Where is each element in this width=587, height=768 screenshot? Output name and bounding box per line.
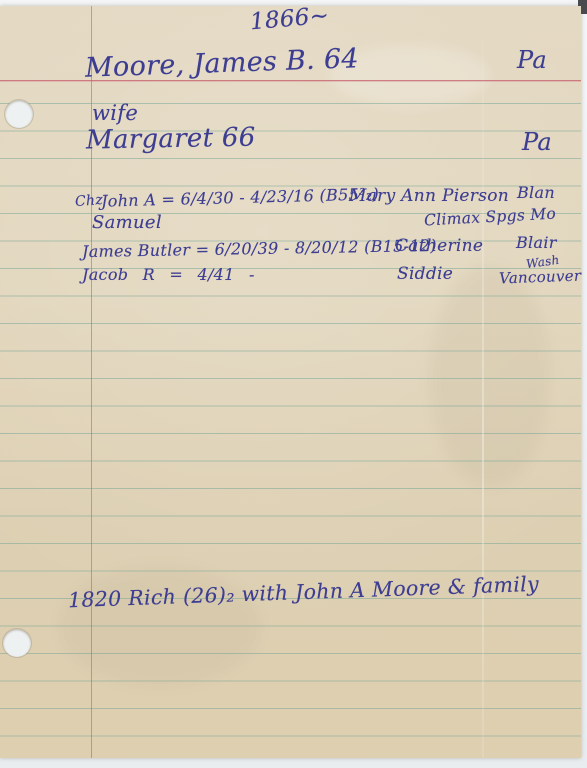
child-spouse-james-butler: Catherine bbox=[395, 236, 483, 256]
head-of-family-origin: Pa bbox=[517, 46, 547, 74]
child-place-jacob: Vancouver bbox=[499, 267, 582, 288]
punch-hole-bottom bbox=[3, 629, 31, 657]
child-place-john: Blan bbox=[517, 183, 555, 202]
spouse-origin: Pa bbox=[522, 128, 552, 156]
children-label: Chz bbox=[74, 192, 103, 210]
child-spouse-jacob: Siddie bbox=[397, 264, 453, 284]
ledger-page bbox=[0, 6, 581, 758]
child-entry-jacob: Jacob R = 4/41 - bbox=[82, 265, 255, 284]
spouse-relation-label: wife bbox=[92, 101, 138, 125]
child-spouse-john: Mary Ann Pierson bbox=[349, 186, 509, 206]
spouse-name: Margaret 66 bbox=[86, 123, 256, 156]
paper-crease bbox=[482, 6, 484, 758]
child-entry-samuel: Samuel bbox=[92, 212, 162, 233]
child-place-james-butler: Blair bbox=[516, 233, 557, 252]
punch-hole-top bbox=[5, 100, 33, 128]
